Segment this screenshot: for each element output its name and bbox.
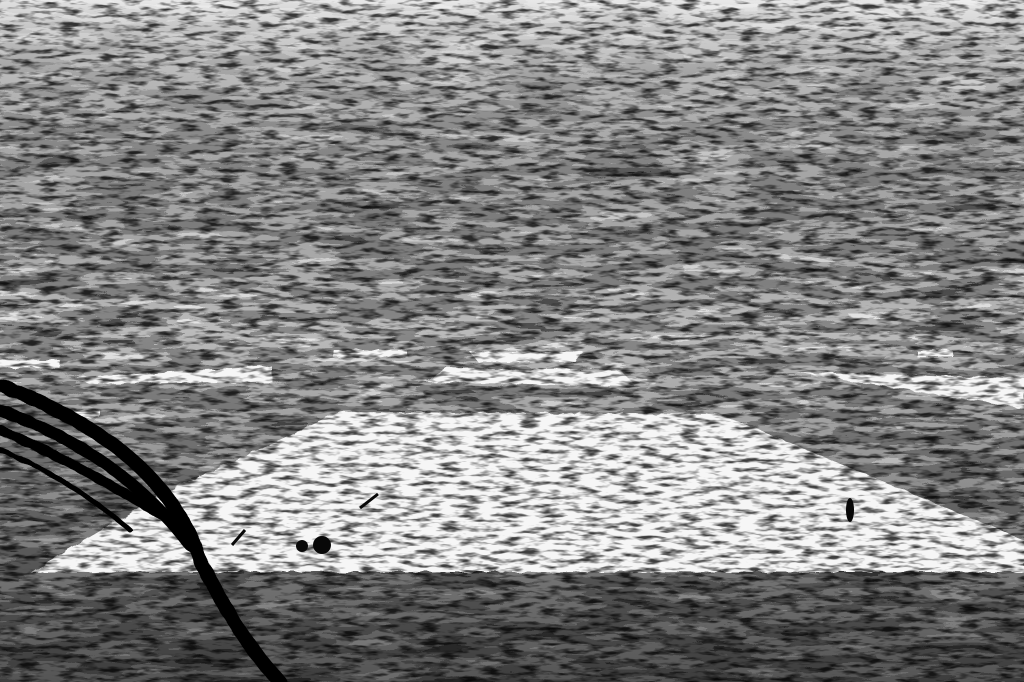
speckle-overlay <box>0 0 1024 682</box>
artwork-svg <box>0 0 1024 682</box>
ink-blot <box>313 536 331 554</box>
ink-blot <box>296 540 308 552</box>
ink-blot <box>846 498 854 522</box>
abstract-artwork <box>0 0 1024 682</box>
